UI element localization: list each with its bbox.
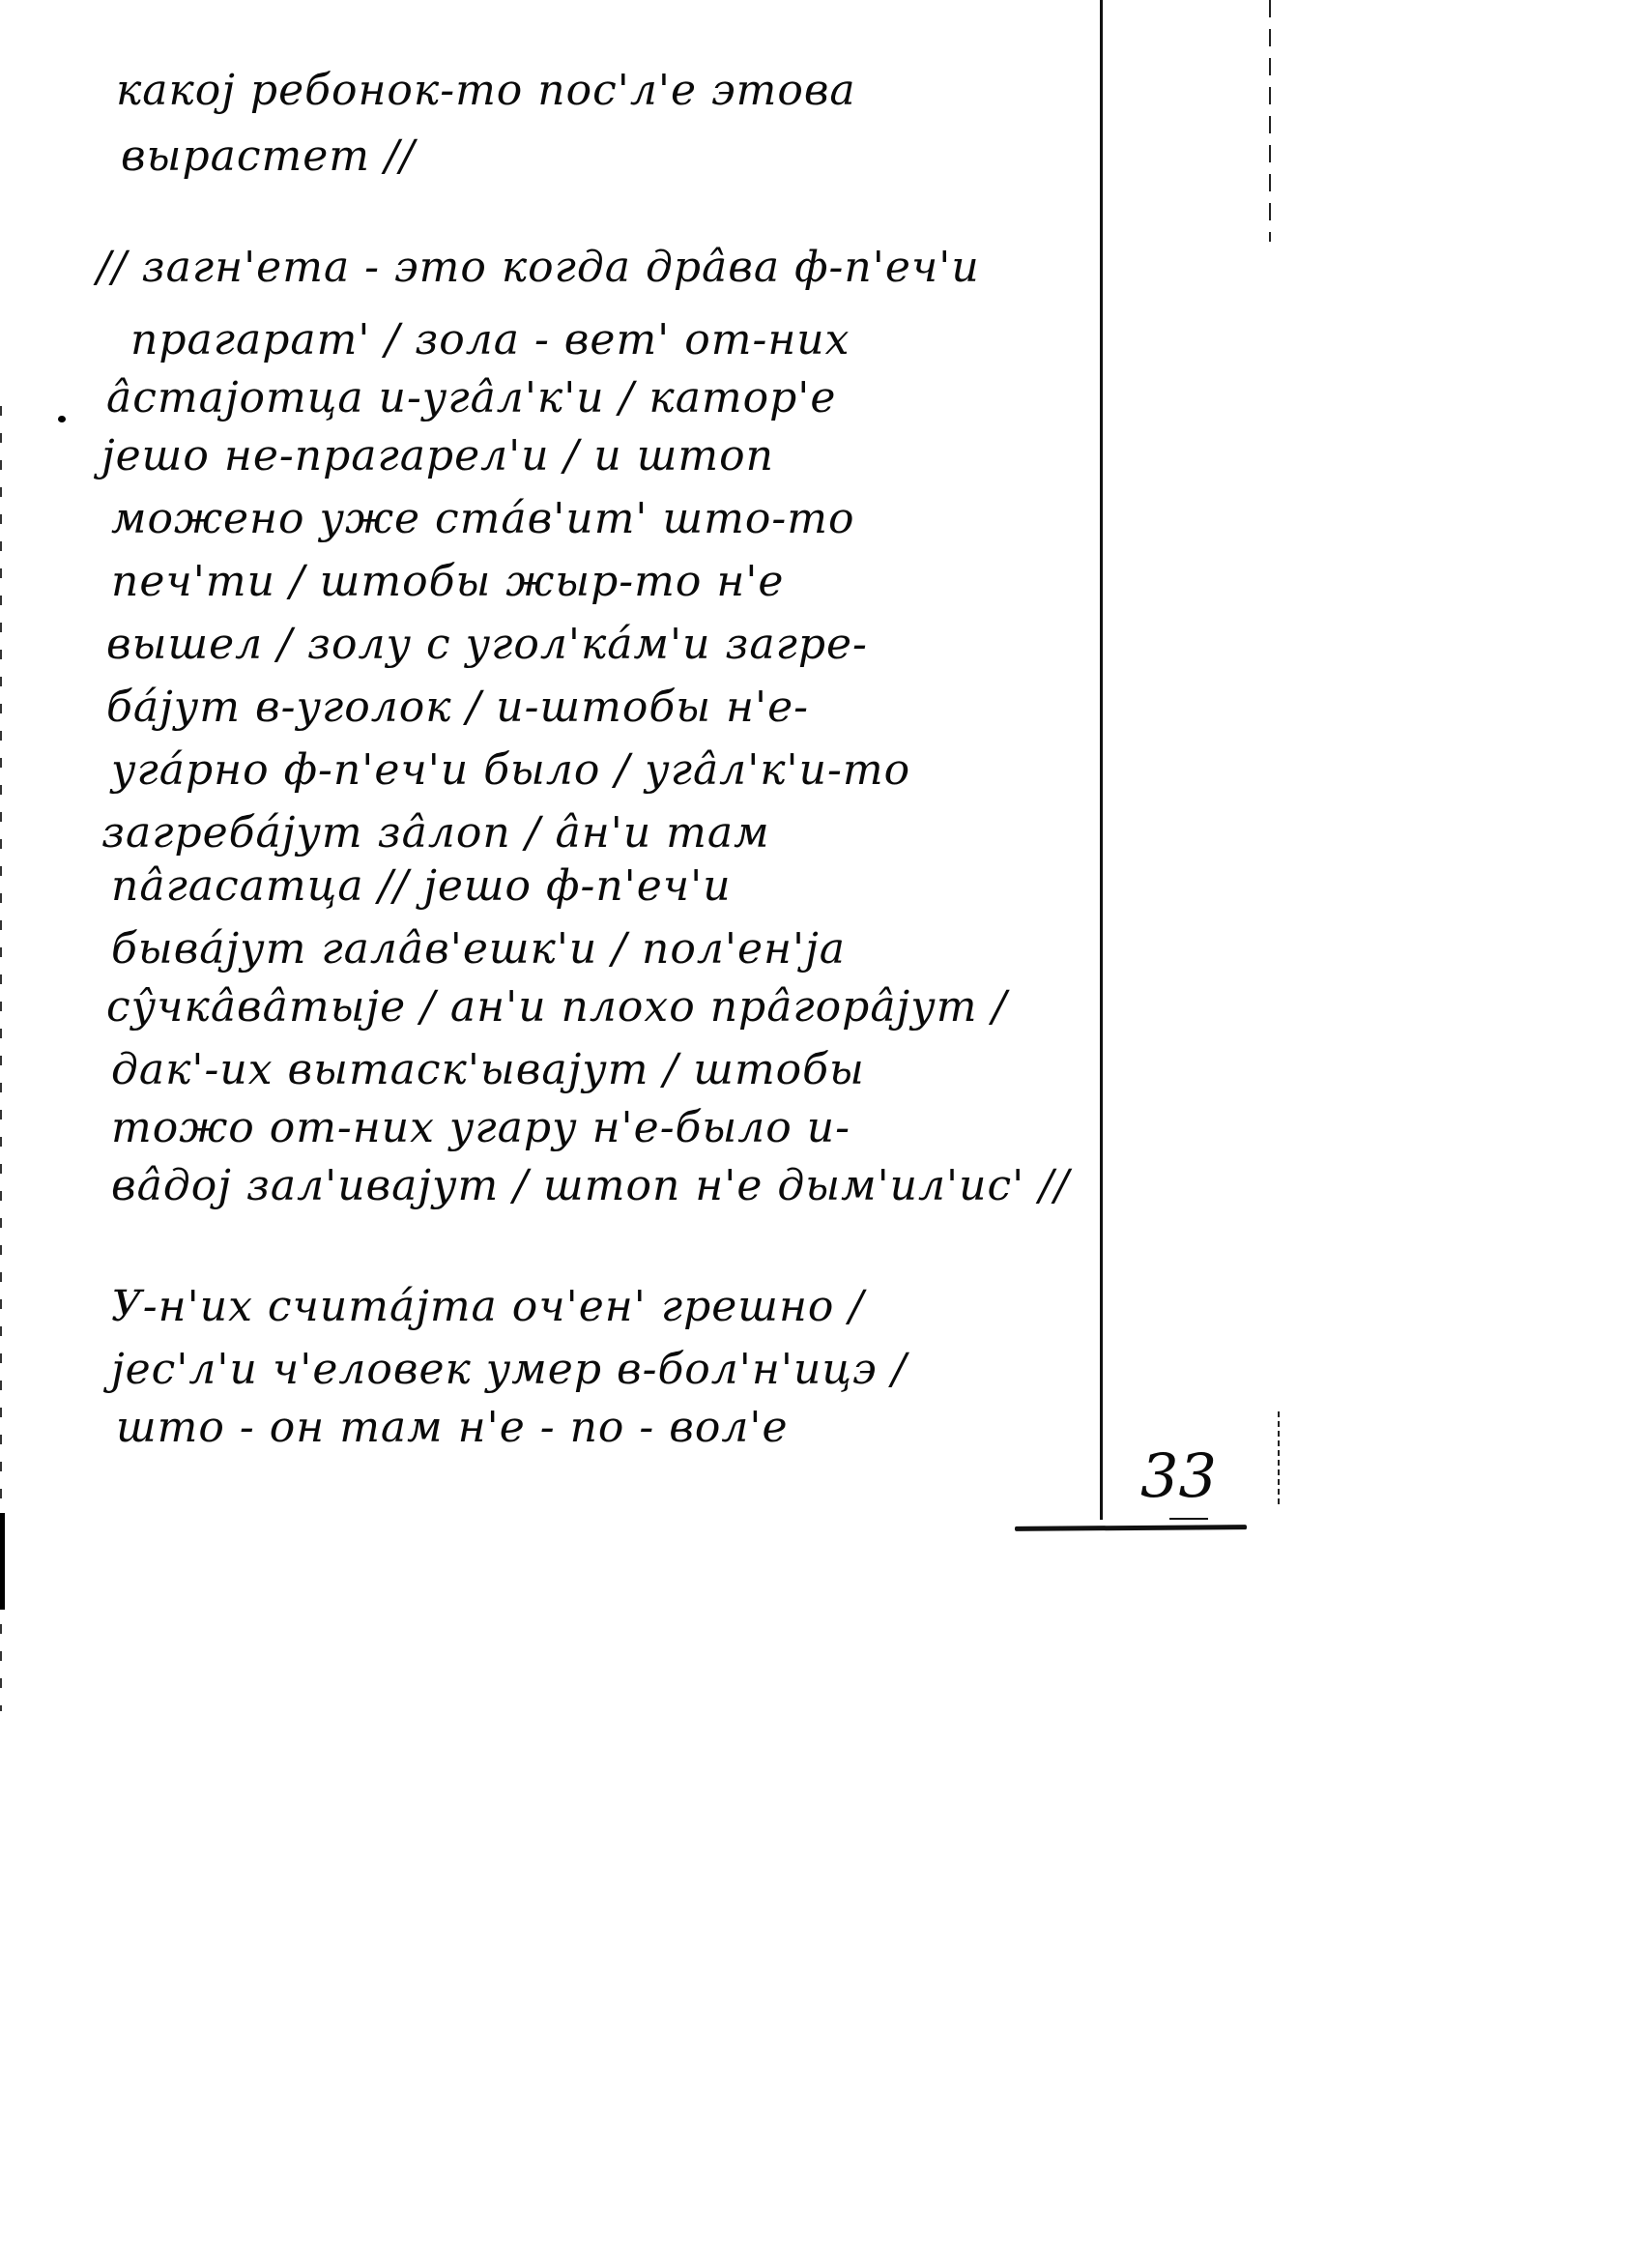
text-line: бáјут в-уголок / и-штобы н'е- [106,686,809,729]
text-line: дак'-их вытаск'ывајут / штобы [111,1049,865,1091]
text-line: прагарат' / зола - вет' от-них [130,319,850,362]
text-line: вырастет // [121,135,416,178]
manuscript-page: какој ребонок-то пос'л'е этова вырастет … [0,0,1643,2268]
text-line: тожо от-них угару н'е-было и- [111,1107,850,1149]
text-line: печ'ти / штобы жыр-то н'е [111,561,784,603]
text-line: угáрно ф-п'еч'и было / угâл'к'и-то [111,749,910,792]
text-line: пâгасатца // јешо ф-п'еч'и [111,865,732,908]
text-line: бывáјут галâв'ешк'и / пол'ен'ја [111,928,846,971]
text-line: загребáјут зâлоп / âн'и там [101,812,770,855]
page-number: 33 [1140,1440,1217,1511]
text-line: вâдој зал'ивајут / штоп н'е дым'ил'ис' /… [111,1165,1070,1207]
text-line: У-н'их считáјта оч'ен' грешно / [111,1286,864,1328]
text-line: јешо не-прагарел'и / и штоп [101,435,774,478]
text-line: су̂чкâвâтыје / ан'и плохо прâгорâјут / [106,986,1007,1029]
page-edge-line [1269,0,1271,242]
text-line: âстајотца и-угâл'к'и / катор'е [106,377,836,420]
text-line: што - он там н'е - по - вол'е [116,1407,789,1449]
page-number-underline [1169,1518,1208,1520]
scan-edge-shadow [0,1513,5,1610]
text-line: вышел / золу с угол'кáм'и загре- [106,624,868,666]
text-line: јес'л'и ч'еловек умер в-бол'н'ицэ / [111,1349,907,1391]
bottom-rule [1015,1525,1247,1531]
text-line: можено уже стáв'ит' што-то [111,498,854,540]
page-edge-mark [1278,1411,1280,1508]
text-line: // загн'ета - это когда дрâва ф-п'еч'и [97,247,980,289]
text-line: какој ребонок-то пос'л'е этова [116,70,856,112]
margin-rule [1100,0,1103,1520]
stray-ink-dot [58,416,66,422]
